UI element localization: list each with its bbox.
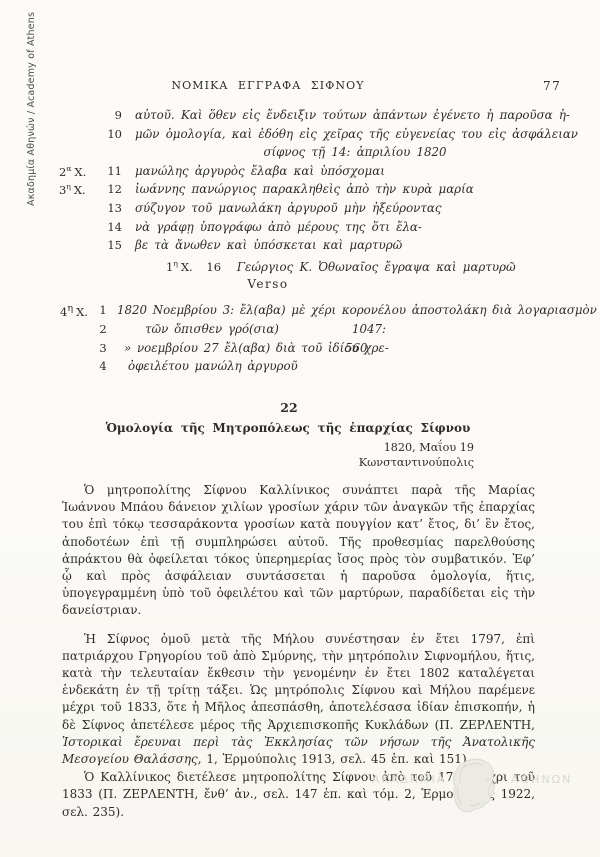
document-entry-number: 22: [280, 400, 297, 415]
line-number: 1: [95, 303, 111, 317]
line-text: μῶν ὁμολογία, καὶ ἐδόθη εἰς χεῖρας τῆς ε…: [135, 127, 578, 141]
line-text: νὰ γράφῃ ὑπογράφω ἀπὸ μέρους της ὅτι ἔλα…: [135, 220, 422, 234]
marker-superscript: η: [66, 182, 71, 191]
line-text: αὐτοῦ. Καὶ ὅθεν εἰς ἔνδειξιν τούτων ἁπάν…: [135, 108, 570, 122]
transcription-line: 4ηΧ. 1 1820 Νοεμβρίου 3: ἔλ(αβα) μὲ χέρι…: [0, 303, 600, 322]
marker-letter: Χ.: [181, 260, 193, 274]
document-dateline: σίφνος τῇ 14: ἀπριλίου 1820: [263, 145, 446, 159]
amount-value: 1047:: [352, 322, 386, 336]
verso-transcription: 4ηΧ. 1 1820 Νοεμβρίου 3: ἔλ(αβα) μὲ χέρι…: [0, 303, 600, 378]
line-text: ἰωάννης πανώργιος παρακληθεὶς ἀπὸ τὴν κυ…: [135, 182, 474, 196]
verso-heading: Verso: [247, 277, 288, 291]
marker-superscript: α: [66, 164, 71, 173]
transcription-line: 3ηΧ. 12 ἰωάννης πανώργιος παρακληθεὶς ἀπ…: [0, 182, 600, 201]
recto-transcription: 9 αὐτοῦ. Καὶ ὅθεν εἰς ἔνδειξιν τούτων ἁπ…: [0, 108, 600, 277]
scanned-document-page: Ακαδημία Αθηνών / Academy of Athens ΝΟΜΙ…: [0, 0, 600, 857]
line-text: Γεώργιος Κ. Ὀθωναῖος ἔγραψα καὶ μαρτυρῶ: [237, 260, 516, 274]
paragraph: Ἡ Σίφνος ὁμοῦ μετὰ τῆς Μήλου συνέστησαν …: [62, 631, 535, 769]
line-number: 15: [97, 238, 122, 252]
entry-place: Κωνσταντινούπολις: [359, 456, 474, 471]
transcription-line: 3 » νοεμβρίου 27 ἔλ(αβα) διὰ τοῦ ἰδίου χ…: [0, 341, 600, 360]
transcription-line: 2αΧ. 11 μανώλης ἀργυρὸς ἔλαβα καὶ ὑπόσχο…: [0, 164, 600, 183]
stamp-text-right: ΑΘΗΝΩΝ: [511, 773, 572, 786]
stamp-text-left: ΑΚΑΔΗΜΙΑ: [372, 773, 446, 786]
line-number: 10: [97, 127, 122, 141]
line-number: 4: [95, 359, 111, 373]
line-text: μανώλης ἀργυρὸς ἔλαβα καὶ ὑπόσχομαι: [135, 164, 385, 178]
page-number: 77: [543, 79, 561, 93]
entry-date: 1820, Μαΐου 19: [359, 441, 474, 456]
transcription-line: 13 σύζυγον τοῦ μανωλάκη ἀργυροῦ μὴν ἠξεύ…: [0, 201, 600, 220]
line-text: τῶν ὄπισθεν γρό(σια): [145, 322, 279, 336]
signature-marker: 4ηΧ.: [60, 303, 88, 319]
paragraph: Ὁ μητροπολίτης Σίφνου Καλλίνικος συνάπτε…: [62, 482, 535, 620]
paragraph-text: Ἡ Σίφνος ὁμοῦ μετὰ τῆς Μήλου συνέστησαν …: [62, 632, 535, 732]
line-text: 1820 Νοεμβρίου 3: ἔλ(αβα) μὲ χέρι κορονέ…: [117, 303, 597, 317]
line-number: 3: [95, 341, 111, 355]
transcription-line: 14 νὰ γράφῃ ὑπογράφω ἀπὸ μέρους της ὅτι …: [0, 220, 600, 239]
signature-marker: 3ηΧ.: [59, 182, 86, 197]
line-number: 14: [97, 220, 122, 234]
marker-letter: Χ.: [74, 165, 86, 179]
document-entry-title: Ὁμολογία τῆς Μητροπόλεως τῆς ἐπαρχίας Σί…: [106, 421, 471, 435]
transcription-dateline-row: σίφνος τῇ 14: ἀπριλίου 1820: [0, 145, 600, 164]
entry-dateline: 1820, Μαΐου 19 Κωνσταντινούπολις: [359, 441, 474, 471]
witness-signature-line: 1ηΧ. 16 Γεώργιος Κ. Ὀθωναῖος ἔγραψα καὶ …: [0, 259, 600, 278]
running-header: ΝΟΜΙΚΑ ΕΓΓΡΑΦΑ ΣΙΦΝΟΥ: [171, 79, 364, 92]
line-text: ὀφειλέτου μανώλη ἀργυροῦ: [128, 359, 298, 373]
signature-marker: 1ηΧ.: [166, 260, 193, 274]
signature-marker: 2αΧ.: [59, 164, 86, 179]
line-number: 9: [97, 108, 122, 122]
marker-superscript: η: [67, 303, 73, 314]
transcription-line: 2 τῶν ὄπισθεν γρό(σια) 1047:: [0, 322, 600, 341]
transcription-line: 10 μῶν ὁμολογία, καὶ ἐδόθη εἰς χεῖρας τῆ…: [0, 127, 600, 146]
line-number: 2: [95, 322, 111, 336]
line-number: 16: [206, 260, 221, 274]
marker-letter: Χ.: [74, 183, 86, 197]
line-number: 12: [97, 182, 122, 196]
amount-value: 560: [345, 341, 368, 355]
line-number: 11: [97, 164, 122, 178]
marker-letter: Χ.: [76, 305, 88, 319]
athena-head-emblem: [446, 757, 508, 815]
marker-superscript: η: [173, 259, 178, 268]
line-text: σύζυγον τοῦ μανωλάκη ἀργυροῦ μὴν ἠξεύρον…: [135, 201, 441, 215]
transcription-line: 15 βε τὰ ἄνωθεν καὶ ὑπόσκεται καὶ μαρτυρ…: [0, 238, 600, 257]
transcription-line: 4 ὀφειλέτου μανώλη ἀργυροῦ: [0, 359, 600, 378]
line-number: 13: [97, 201, 122, 215]
transcription-line: 9 αὐτοῦ. Καὶ ὅθεν εἰς ἔνδειξιν τούτων ἁπ…: [0, 108, 600, 127]
line-text: βε τὰ ἄνωθεν καὶ ὑπόσκεται καὶ μαρτυρῶ: [135, 238, 402, 252]
academy-of-athens-stamp: ΑΚΑΔΗΜΙΑ ΑΘΗΝΩΝ: [372, 757, 572, 819]
